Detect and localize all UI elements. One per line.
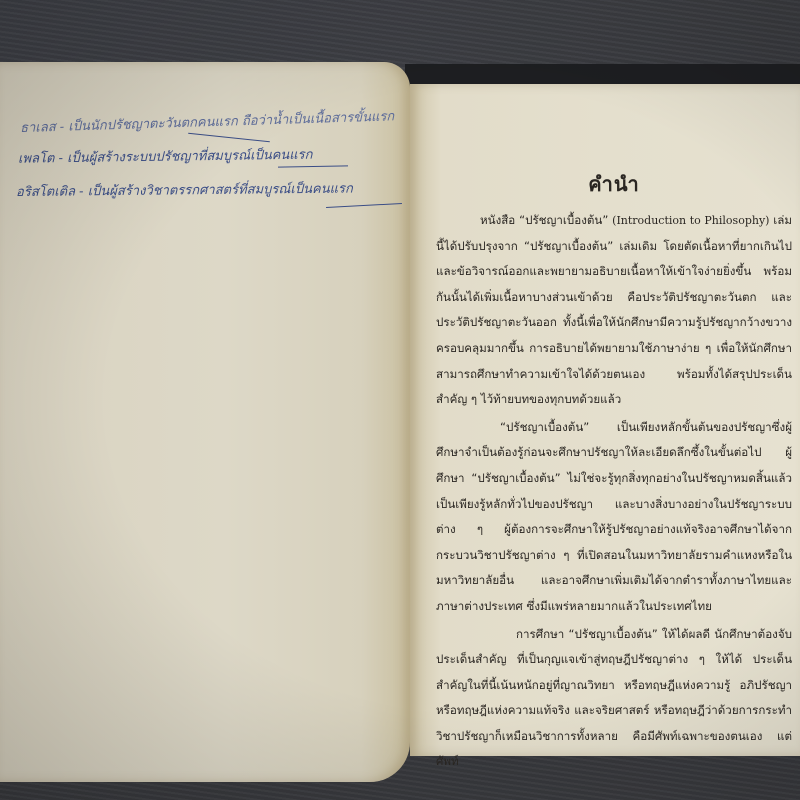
preface-title: คำนำ: [436, 168, 792, 200]
handwritten-note-aristotle: อริสโตเติล - เป็นผู้สร้างวิชาตรรกศาสตร์ท…: [16, 172, 406, 210]
paragraph-3-text: การศึกษา “ปรัชญาเบื้องต้น” ให้ได้ผลดี นั…: [436, 627, 792, 769]
preface-content: คำนำ หนังสือ “ปรัชญาเบื้องต้น” (Introduc…: [436, 168, 792, 775]
handwritten-notes: ธาเลส - เป็นนักปรัชญาตะวันตกคนแรก ถือว่า…: [16, 106, 406, 208]
preface-paragraph-2: “ปรัชญาเบื้องต้น” เป็นเพียงหลักขั้นต้นขอ…: [436, 415, 792, 620]
paragraph-2-text: “ปรัชญาเบื้องต้น” เป็นเพียงหลักขั้นต้นขอ…: [436, 420, 792, 613]
paragraph-1-post: เล่มนี้ได้ปรับปรุงจาก “ปรัชญาเบื้องต้น” …: [436, 213, 792, 406]
paragraph-1-pre: หนังสือ “ปรัชญาเบื้องต้น”: [480, 213, 612, 227]
page-shadow: [405, 64, 800, 86]
handwritten-note-plato: เพลโต - เป็นผู้สร้างระบบปรัชญาที่สมบูรณ์…: [18, 137, 406, 176]
preface-paragraph-3: การศึกษา “ปรัชญาเบื้องต้น” ให้ได้ผลดี นั…: [436, 622, 792, 776]
english-title: (Introduction to Philosophy): [612, 214, 769, 227]
preface-paragraph-1: หนังสือ “ปรัชญาเบื้องต้น” (Introduction …: [436, 208, 792, 413]
